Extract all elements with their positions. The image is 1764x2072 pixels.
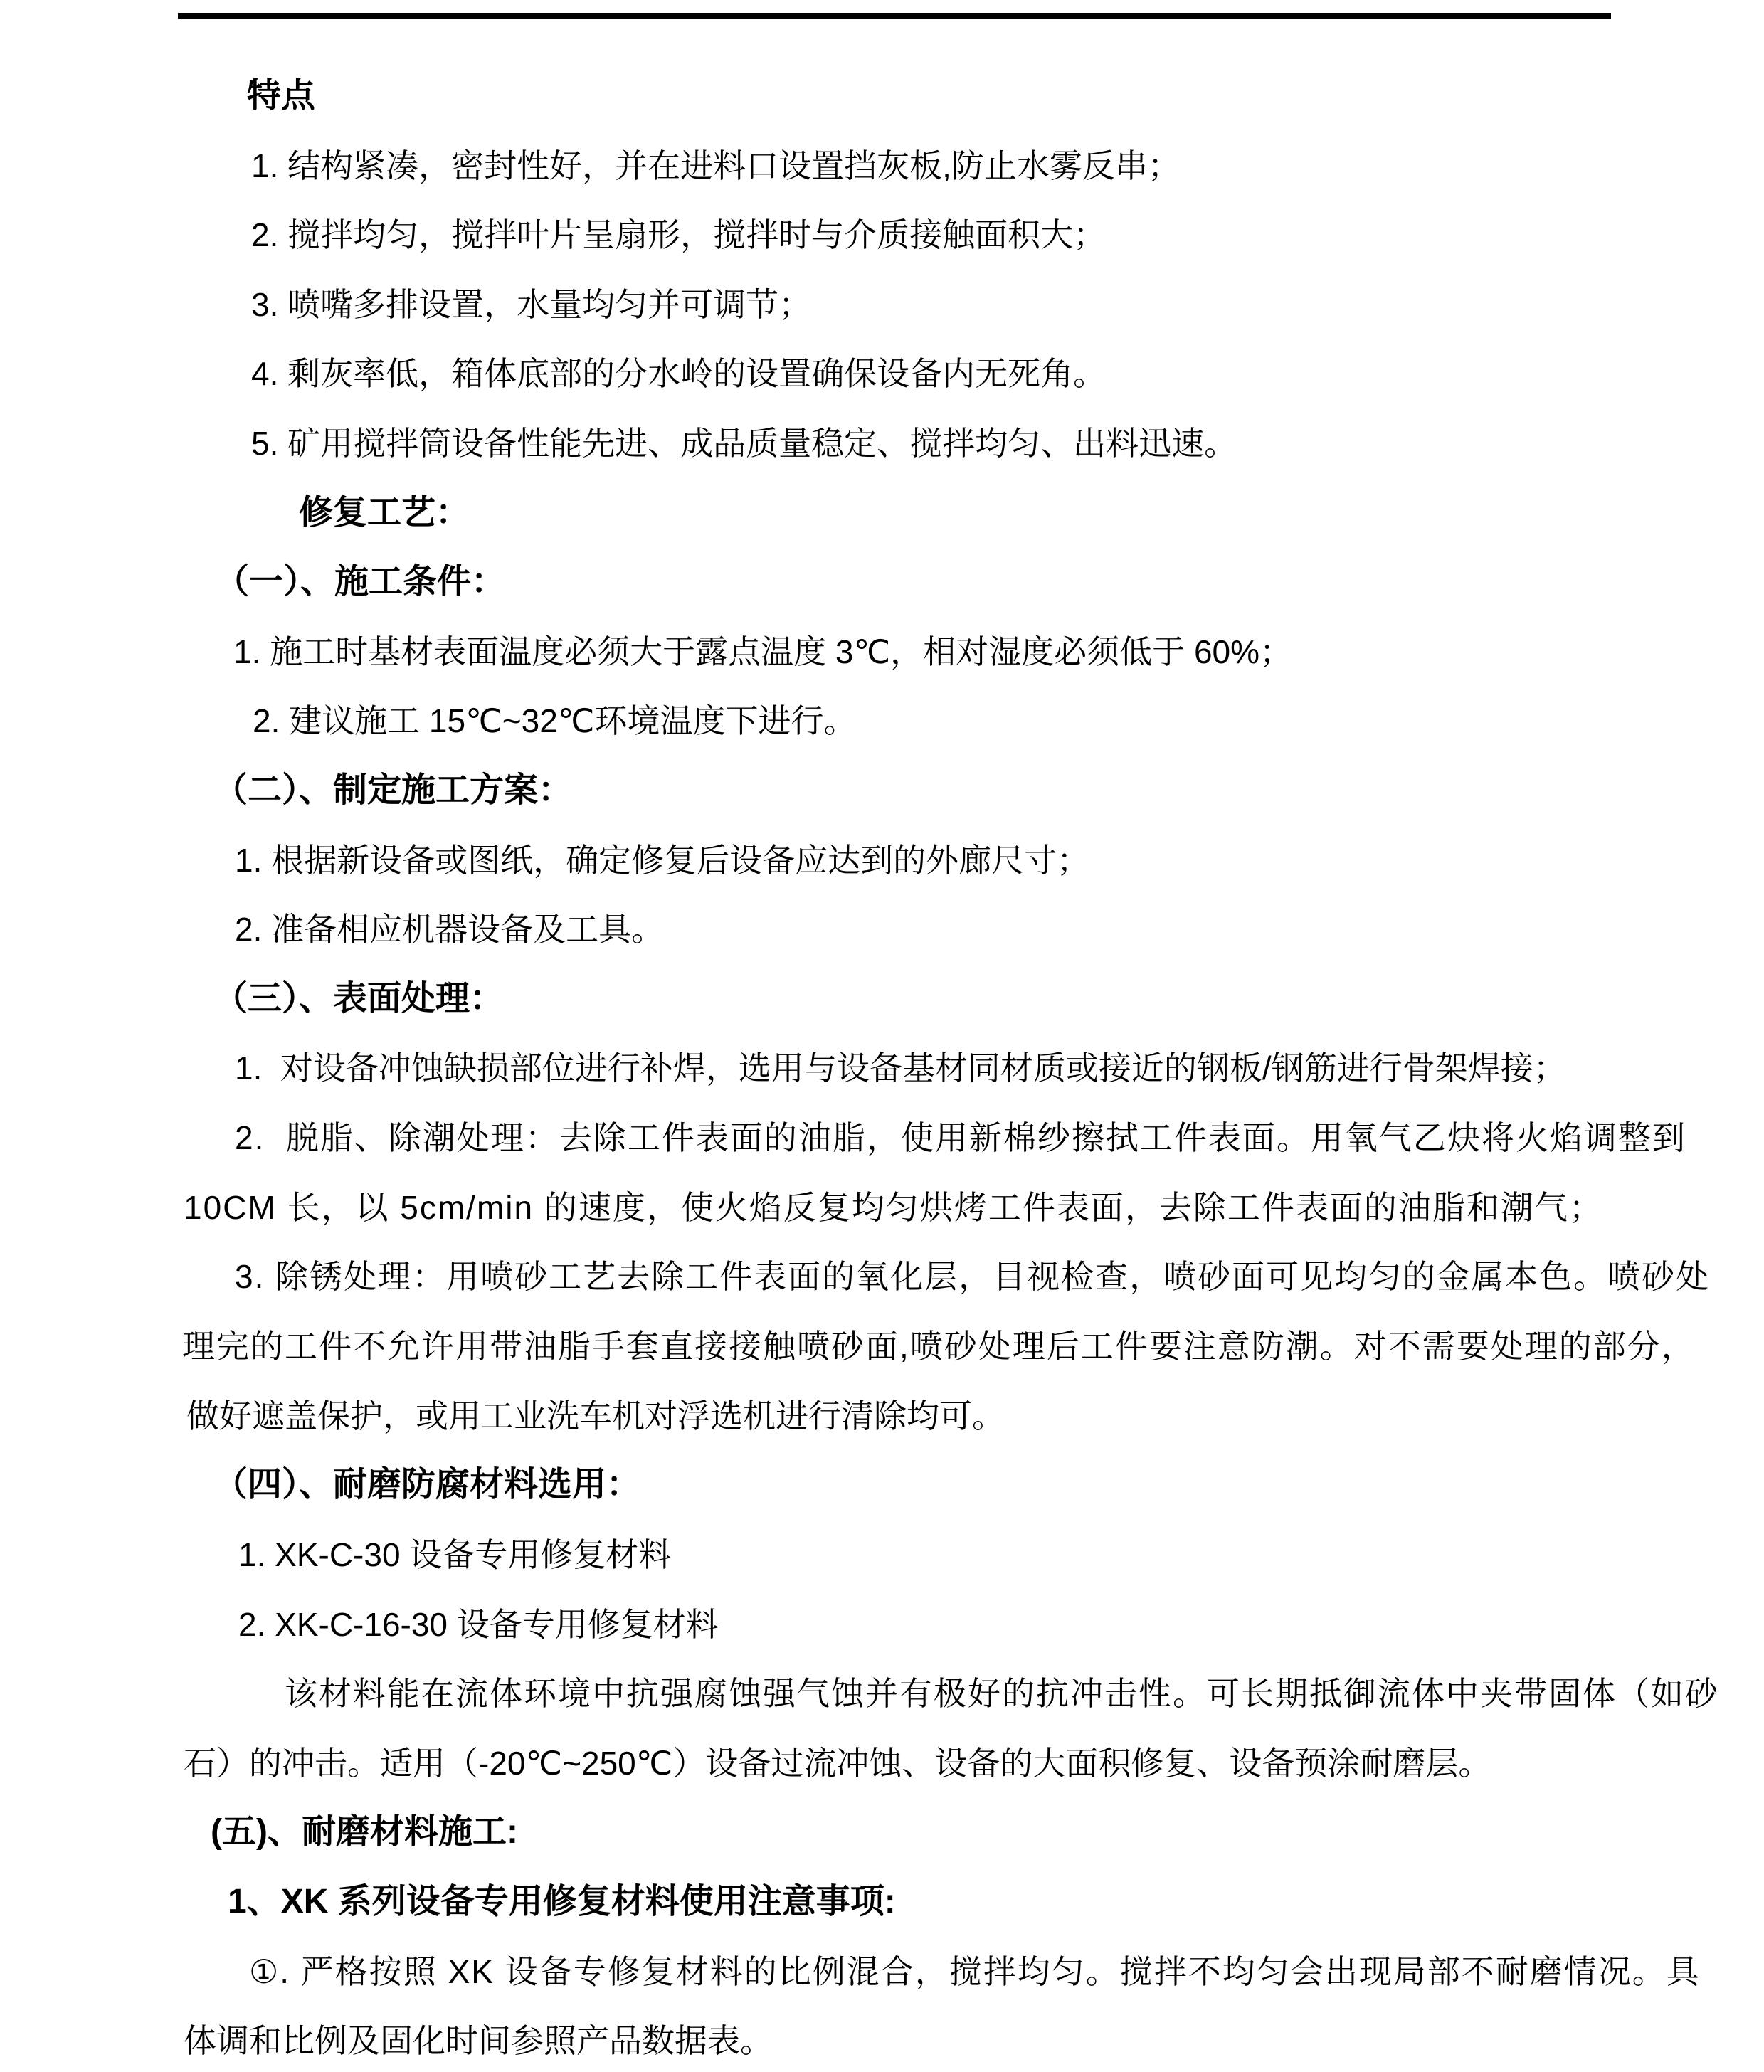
feature-item-3: 3. 喷嘴多排设置，水量均匀并可调节；: [251, 284, 811, 325]
section-heading-3-surface-treatment: （三）、表面处理：: [213, 978, 504, 1020]
plan-item-1: 1. 根据新设备或图纸，确定修复后设备应达到的外廊尺寸；: [235, 840, 1089, 881]
surface-item-2: 2. 脱脂、除潮处理：去除工件表面的油脂，使用新棉纱擦拭工件表面。用氧气乙炔将火…: [235, 1117, 1686, 1158]
section-heading-repair-process: 修复工艺：: [299, 492, 470, 534]
section-heading-4-material-selection: （四）、耐磨防腐材料选用：: [213, 1464, 640, 1506]
header-rule: [178, 13, 1611, 19]
note-item-1-continuation: 体调和比例及固化时间参照产品数据表。: [184, 2020, 773, 2061]
surface-item-3-continuation-2: 做好遮盖保护，或用工业洗车机对浮选机进行清除均可。: [186, 1395, 1005, 1437]
feature-item-1: 1. 结构紧凑，密封性好，并在进料口设置挡灰板,防止水雾反串；: [251, 145, 1181, 186]
feature-item-2: 2. 搅拌均匀，搅拌叶片呈扇形，搅拌时与介质接触面积大；: [251, 214, 1106, 255]
material-description-2: 石）的冲击。适用（-20℃~250℃）设备过流冲蚀、设备的大面积修复、设备预涂耐…: [184, 1743, 1491, 1784]
section-heading-2-construction-plan: （二）、制定施工方案：: [213, 770, 572, 811]
surface-item-3: 3. 除锈处理：用喷砂工艺去除工件表面的氧化层，目视检查，喷砂面可见均匀的金属本…: [235, 1256, 1710, 1297]
material-item-1: 1. XK-C-30 设备专用修复材料: [238, 1534, 671, 1575]
section-heading-features: 特点: [247, 75, 315, 117]
note-item-1: ①. 严格按照 XK 设备专修复材料的比例混合，搅拌均匀。搅拌不均匀会出现局部不…: [249, 1951, 1701, 1992]
plan-item-2: 2. 准备相应机器设备及工具。: [235, 909, 664, 950]
surface-item-2-continuation: 10CM 长，以 5cm/min 的速度，使火焰反复均匀烘烤工件表面，去除工件表…: [184, 1187, 1603, 1228]
surface-item-3-continuation-1: 理完的工件不允许用带油脂手套直接接触喷砂面,喷砂处理后工件要注意防潮。对不需要处…: [182, 1326, 1696, 1367]
section-heading-5-material-construction: (五)、耐磨材料施工:: [211, 1812, 518, 1853]
surface-item-1: 1. 对设备冲蚀缺损部位进行补焊，选用与设备基材同材质或接近的钢板/钢筋进行骨架…: [235, 1047, 1566, 1089]
section-heading-1-construction-conditions: （一）、施工条件：: [215, 561, 505, 603]
condition-item-2: 2. 建议施工 15℃~32℃环境温度下进行。: [253, 700, 856, 741]
feature-item-4: 4. 剩灰率低，箱体底部的分水岭的设置确保设备内无死角。: [251, 353, 1106, 394]
material-item-2: 2. XK-C-16-30 设备专用修复材料: [238, 1604, 719, 1645]
document-page: 特点 1. 结构紧凑，密封性好，并在进料口设置挡灰板,防止水雾反串； 2. 搅拌…: [0, 0, 1764, 2072]
subsection-heading-xk-notes: 1、XK 系列设备专用修复材料使用注意事项:: [228, 1881, 896, 1923]
material-description-1: 该材料能在流体环境中抗强腐蚀强气蚀并有极好的抗冲击性。可长期抵御流体中夹带固体（…: [285, 1673, 1719, 1714]
feature-item-5: 5. 矿用搅拌筒设备性能先进、成品质量稳定、搅拌均匀、出料迅速。: [251, 423, 1237, 464]
condition-item-1: 1. 施工时基材表面温度必须大于露点温度 3℃，相对湿度必须低于 60%；: [233, 631, 1292, 672]
